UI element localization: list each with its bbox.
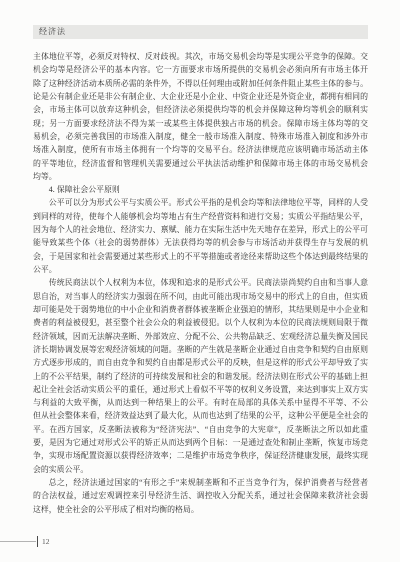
- page-number-block: 12: [37, 535, 50, 547]
- text-line: 与利益的大致平衡，从而达到一种结果上的公平。有时在局部的具体关系中显得不平等、不…: [33, 396, 368, 409]
- text-line: 到同样的对待，使每个人能够机会均等地占有生产经营资料和进行交易；实质公平指结果公…: [33, 210, 368, 223]
- text-line: 方式逐步形成的，而自由竞争和契约自由都是形式公平的反映，但是这样的形式公平却导致…: [33, 356, 368, 369]
- text-line: 费者的利益被侵犯，甚至整个社会公众的利益被侵犯。以个人权利为本位的民商法规则局限…: [33, 316, 368, 329]
- footer-rule: [0, 541, 36, 542]
- text-line: 论是公有制企业还是非公有制企业、大企业还是小企业、中资企业还是外资企业，都拥有相…: [33, 90, 368, 103]
- text-line: 场准入制度，使所有市场主体拥有一个均等的交易平台。经济法律规范应该明确市场活动主…: [33, 143, 368, 156]
- text-line: 这样，使全社会的公平形成了相对均衡的格局。: [33, 503, 368, 516]
- text-line: 总之，经济法通过国家的“有形之手”来规制垄断和不正当竞争行为，保护消费者与经营者: [33, 476, 368, 489]
- text-line: 的平等地位，经济监督和管理机关需要通过公平执法活动维护和保障市场主体的市场交易机…: [33, 157, 368, 170]
- text-line: 会的实质公平。: [33, 463, 368, 476]
- body-text: 主体地位平等，必须反对特权、反对歧视。其次，市场交易机会均等是实现公平竞争的保障…: [33, 50, 368, 516]
- book-page: 经济法 主体地位平等，必须反对特权、反对歧视。其次，市场交易机会均等是实现公平竞…: [0, 0, 400, 562]
- header-section-label: 经济法: [33, 25, 66, 39]
- page-footer: 12: [0, 535, 200, 551]
- text-line: 经济领域，因而无法解决垄断、外部效应、分配不公、公共物品缺乏、宏观经济总量失衡及…: [33, 330, 368, 343]
- text-line: 争，实现市场配置资源以获得经济效率；二是维护市场竞争秩序，保证经济健康发展，最终…: [33, 449, 368, 462]
- text-line: 因为每个人的社会地位、经济实力、禀赋、能力在实际生活中先天地存在差异，形式上的公…: [33, 223, 368, 236]
- page-number: 12: [38, 537, 50, 546]
- text-line: 会，市场主体可以放弃这种机会，但经济法必须提供均等的机会并保障这种均等机会的顺利…: [33, 103, 368, 116]
- text-line: 能导致某些个体（社会的弱势群体）无法获得均等的机会参与市场活动并获得生存与发展的…: [33, 236, 368, 249]
- text-line: 但从社会整体来看，经济效益达到了最大化，从而也达到了结果的公平，这种公平便是全社…: [33, 409, 368, 422]
- text-line: 会，于是国家和社会需要通过某些形式上的不平等措施或者途径来帮助这些个体达到最终结…: [33, 250, 368, 263]
- text-line: 传统民商法以个人权利为本位，体现和追求的是形式公平。民商法崇尚契约自由和当事人意: [33, 276, 368, 289]
- text-line: 平。在西方国家，反垄断法被称为“经济宪法”、“自由竞争的大宪章”，反垄断法之所以…: [33, 423, 368, 436]
- text-line: 的合法权益，通过宏观调控来引导经济生活、调控收入分配关系，通过社会保障来救济社会…: [33, 489, 368, 502]
- text-line: 主体地位平等，必须反对特权、反对歧视。其次，市场交易机会均等是实现公平竞争的保障…: [33, 50, 368, 63]
- text-line: 上的不公平结果，制约了经济的可持续发展和社会的和谐发展。经济法则在形式公平的基础…: [33, 370, 368, 383]
- text-line: 公平可以分为形式公平与实质公平。形式公平指的是机会均等和法律地位平等，同样的人受: [33, 196, 368, 209]
- text-line: 现；另一方面要求经济法不得为某一或某些主体提供独占市场的机会。保障市场主体均等的…: [33, 117, 368, 130]
- text-line: 公平。: [33, 263, 368, 276]
- text-line: 机会均等是经济公平的基本内容。它一方面要求市场所提供的交易机会必须向所有市场主体…: [33, 63, 368, 76]
- text-line: 却可能是处于弱势地位的中小企业和消费者群体被垄断企业强迫的情形，其结果则是中小企…: [33, 303, 368, 316]
- section-heading: 4. 保障社会公平原则: [33, 183, 368, 196]
- page-header-bar: 经济法: [33, 25, 368, 39]
- text-line: 思自治，对当事人的经济实力强弱在所不问，由此可能出现市场交易中的形式上的自由，但…: [33, 290, 368, 303]
- text-line: 易机会，必须完善我国的市场准入制度，健全一般市场准入制度、特殊市场准入制度和涉外…: [33, 130, 368, 143]
- text-line: 要，是因为它通过对形式公平的矫正从而达到两个目标：一是通过查处和制止垄断，恢复市…: [33, 436, 368, 449]
- text-line: 起让全社会活动实质公平的重任，通过形式上看似不平等的权利义务设置，来达到事实上双…: [33, 383, 368, 396]
- text-line: 除了这种经济活动本质所必需的条件外，不得以任何理由或附加任何条件阻止某些主体的参…: [33, 77, 368, 90]
- text-line: 均等。: [33, 170, 368, 183]
- text-line: 济长期协调发展等宏观经济领域的问题。垄断的产生就是垄断企业通过自由竞争和契约自由…: [33, 343, 368, 356]
